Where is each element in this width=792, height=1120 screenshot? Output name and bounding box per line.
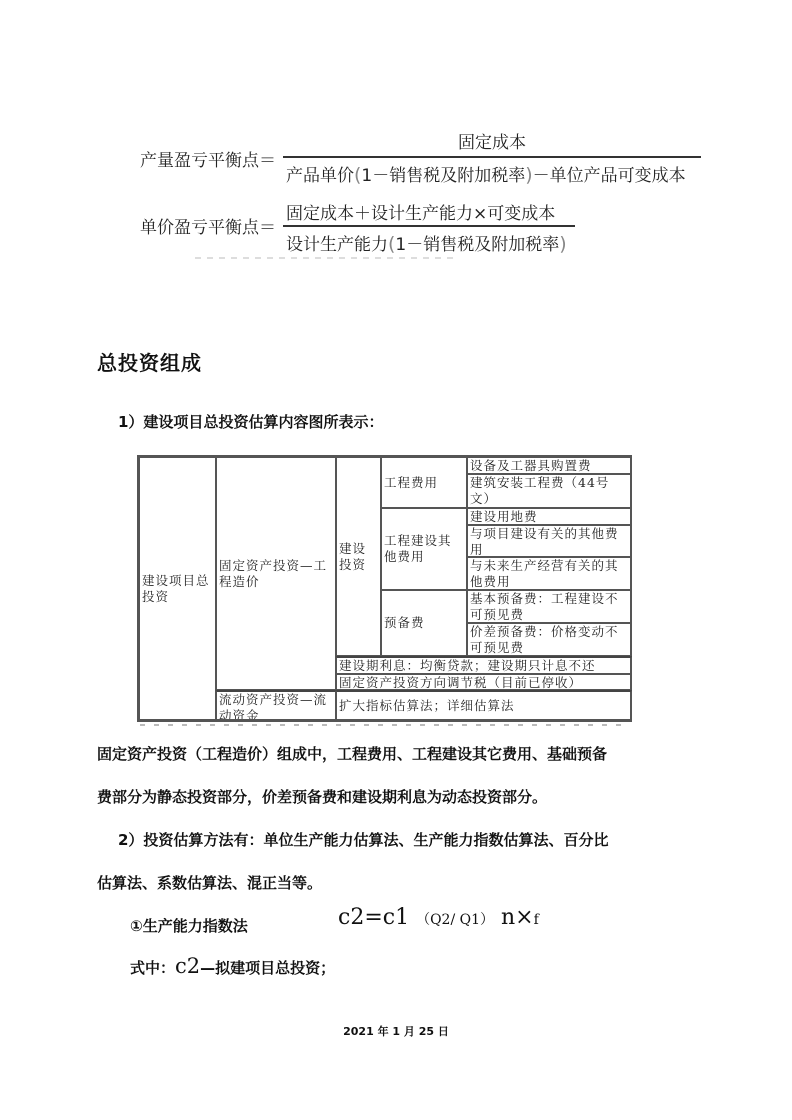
cell-interest: 建设期利息：均衡贷款；建设期只计息不还: [336, 656, 632, 674]
subheading-item1: 1）建设项目总投资估算内容图所表示：: [118, 411, 383, 432]
cell-building-install: 建筑安装工程费（44号文）: [467, 474, 632, 508]
cropped-text-artifact: [140, 724, 630, 726]
where-prefix: 式中：: [130, 959, 175, 977]
cell-other-fee: 工程建设其他费用: [381, 508, 467, 590]
cell-reserve: 预备费: [381, 590, 467, 656]
denominator-pre: 产品单价: [286, 166, 354, 186]
denominator-pre: 设计生产能力: [286, 235, 388, 255]
fraction-bar: [283, 225, 575, 227]
cell-future-other: 与未来生产经营有关的其他费用: [467, 557, 632, 590]
formula-part: c2=c1: [338, 905, 409, 930]
formula-label: 单价盈亏平衡点＝: [140, 213, 276, 238]
cropped-text-artifact: [195, 257, 455, 259]
cell-fixed-asset: 固定资产投资—工程造价: [216, 457, 336, 690]
cell-land: 建设用地费: [467, 508, 632, 525]
cell-equipment: 设备及工器具购置费: [467, 457, 632, 474]
formula-denominator: 产品单价(1－销售税及附加税率)－单位产品可变成本: [286, 161, 686, 186]
formula-part: f: [534, 912, 539, 928]
cell-current-method: 扩大指标估算法；详细估算法: [336, 690, 632, 720]
where-line: 式中：c2—拟建项目总投资；: [130, 954, 335, 978]
paragraph-static-dynamic-line2: 费部分为静态投资部分，价差预备费和建设期利息为动态投资部分。: [97, 786, 547, 807]
formula-numerator: 固定成本＋设计生产能力×可变成本: [286, 199, 555, 224]
formula-denominator: 设计生产能力(1－销售税及附加税率): [286, 230, 567, 255]
denominator-paren: 1－销售税及附加税率: [361, 166, 525, 186]
cell-tax: 固定资产投资方向调节税（目前已停收）: [336, 674, 632, 690]
denominator-post: －单位产品可变成本: [533, 166, 686, 186]
investment-composition-table: 建设项目总投资 固定资产投资—工程造价 建设投资 工程费用 设备及工器具购置费 …: [137, 455, 632, 722]
paragraph-methods-line1: 2）投资估算方法有：单位生产能力估算法、生产能力指数估算法、百分比: [118, 829, 608, 850]
cell-price-reserve: 价差预备费：价格变动不可预见费: [467, 623, 632, 656]
section-heading: 总投资组成: [97, 347, 202, 376]
method1-label: ①生产能力指数法: [130, 915, 248, 936]
where-variable: c2: [175, 954, 200, 978]
formula-part: n×: [501, 905, 534, 930]
formula-label: 产量盈亏平衡点＝: [140, 146, 276, 171]
paragraph-static-dynamic-line1: 固定资产投资（工程造价）组成中，工程费用、工程建设其它费用、基础预备: [97, 743, 607, 764]
cell-project-other: 与项目建设有关的其他费用: [467, 525, 632, 557]
cell-root: 建设项目总投资: [139, 457, 216, 720]
paragraph-methods-line2: 估算法、系数估算法、混正当等。: [97, 872, 322, 893]
fraction-bar: [283, 156, 701, 158]
cell-construction-invest: 建设投资: [336, 457, 381, 656]
cell-engineering-fee: 工程费用: [381, 457, 467, 508]
cell-basic-reserve: 基本预备费：工程建设不可预见费: [467, 590, 632, 623]
cell-current-asset: 流动资产投资—流动资金: [216, 690, 336, 720]
where-description: —拟建项目总投资；: [200, 959, 335, 977]
formula-numerator: 固定成本: [458, 128, 526, 153]
method1-formula: c2=c1 （Q2/ Q1） n×f: [338, 905, 539, 930]
footer-date: 2021 年 1 月 25 日: [0, 1023, 792, 1039]
denominator-paren: 1－销售税及附加税率: [395, 235, 559, 255]
formula-part: （Q2/ Q1）: [416, 912, 494, 928]
